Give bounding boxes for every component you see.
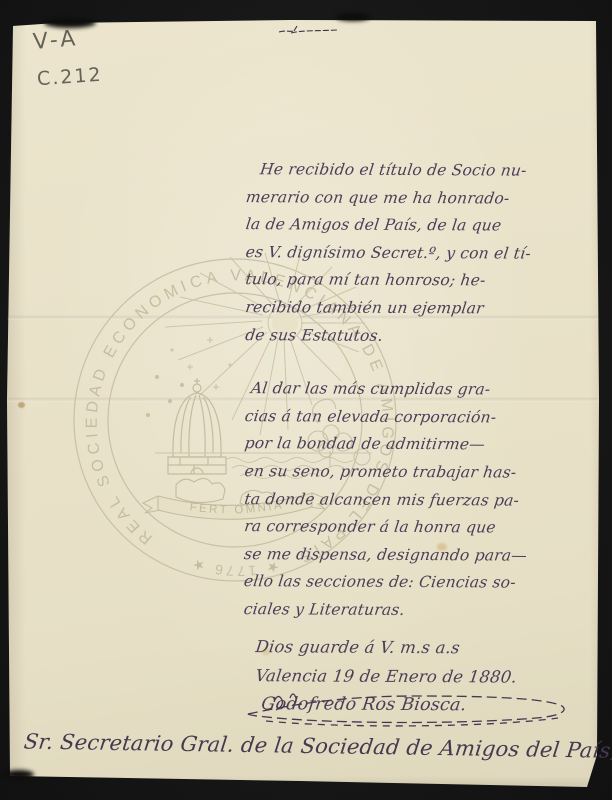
handwritten-line: He recibido el título de Socio nu- bbox=[244, 156, 588, 185]
edge-smudge bbox=[4, 770, 34, 779]
handwritten-line: recibido también un ejemplar bbox=[244, 294, 588, 323]
handwritten-line: la de Amigos del País, de la que bbox=[244, 211, 588, 240]
handwritten-line: ello las secciones de: Ciencias so- bbox=[242, 568, 586, 597]
scanned-letter-page: { "page": { "background_color": "#171717… bbox=[0, 0, 612, 800]
valediction: Dios guarde á V. m.s a.s bbox=[242, 632, 586, 663]
handwritten-line: ta donde alcancen mis fuerzas pa- bbox=[243, 486, 587, 515]
handwritten-line: merario con que me ha honrado- bbox=[244, 184, 588, 213]
handwritten-line: se me dispensa, designando para— bbox=[242, 541, 586, 570]
handwritten-line: por la bondad de admitirme— bbox=[243, 430, 587, 459]
signature-rubric-flourish bbox=[246, 688, 576, 732]
paragraph-1: He recibido el título de Socio nu- merar… bbox=[243, 156, 584, 351]
beehive-icon bbox=[168, 378, 226, 474]
paragraph-2: Al dar las más cumplidas gra- cias á tan… bbox=[242, 375, 583, 625]
edge-smudge bbox=[336, 13, 370, 21]
paper-stain bbox=[18, 402, 25, 408]
handwritten-line: ciales y Literaturas. bbox=[242, 596, 586, 625]
handwritten-line: tulo, para mí tan honroso; he- bbox=[244, 267, 588, 296]
handwritten-line: cias á tan elevada corporación- bbox=[243, 403, 587, 432]
handwritten-line: de sus Estatutos. bbox=[243, 322, 587, 351]
handwritten-line: ra corresponder á la honra que bbox=[242, 513, 586, 542]
handwritten-line: es V. dignísimo Secret.º, y con el tí- bbox=[244, 239, 588, 268]
ink-dash-mark bbox=[277, 22, 341, 38]
handwritten-line: Al dar las más cumplidas gra- bbox=[243, 375, 587, 404]
dateline: Valencia 19 de Enero de 1880. bbox=[242, 661, 586, 692]
pencil-shelfmark-line1: V-A bbox=[32, 26, 79, 55]
pencil-shelfmark-line2: C.212 bbox=[36, 64, 103, 91]
handwritten-line: en su seno, prometo trabajar has- bbox=[243, 458, 587, 487]
letter-body: He recibido el título de Socio nu- merar… bbox=[242, 156, 585, 720]
